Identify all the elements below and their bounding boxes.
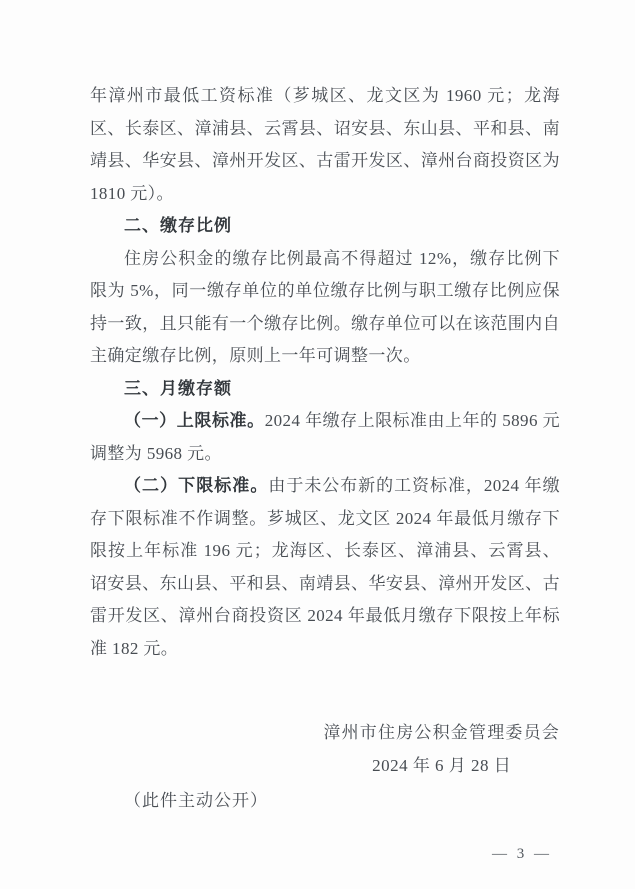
- section-2-body: 住房公积金的缴存比例最高不得超过 12%，缴存比例下限为 5%，同一缴存单位的单…: [90, 243, 560, 373]
- item-1-bold-label: （一）上限标准。: [124, 411, 265, 430]
- page-number: — 3 —: [492, 846, 552, 863]
- item-2-text: 由于未公布新的工资标准，2024 年缴存下限标准不作调整。芗城区、龙文区 202…: [90, 476, 560, 658]
- issuer-name: 漳州市住房公积金管理委员会: [323, 717, 560, 750]
- section-3-item-2: （二）下限标准。由于未公布新的工资标准，2024 年缴存下限标准不作调整。芗城区…: [90, 470, 560, 665]
- document-page: 年漳州市最低工资标准（芗城区、龙文区为 1960 元；龙海区、长泰区、漳浦县、云…: [0, 0, 635, 889]
- section-3-item-1: （一）上限标准。2024 年缴存上限标准由上年的 5896 元调整为 5968 …: [90, 405, 560, 470]
- section-3-heading: 三、月缴存额: [90, 373, 560, 406]
- paragraph-continuation: 年漳州市最低工资标准（芗城区、龙文区为 1960 元；龙海区、长泰区、漳浦县、云…: [90, 80, 560, 210]
- signature-date: 2024 年 6 月 28 日: [323, 750, 560, 783]
- signature-block: 漳州市住房公积金管理委员会 2024 年 6 月 28 日: [323, 717, 560, 782]
- disclosure-note: （此件主动公开）: [90, 785, 560, 818]
- section-2-heading: 二、缴存比例: [90, 210, 560, 243]
- document-content: 年漳州市最低工资标准（芗城区、龙文区为 1960 元；龙海区、长泰区、漳浦县、云…: [90, 80, 560, 818]
- item-2-bold-label: （二）下限标准。: [124, 476, 268, 495]
